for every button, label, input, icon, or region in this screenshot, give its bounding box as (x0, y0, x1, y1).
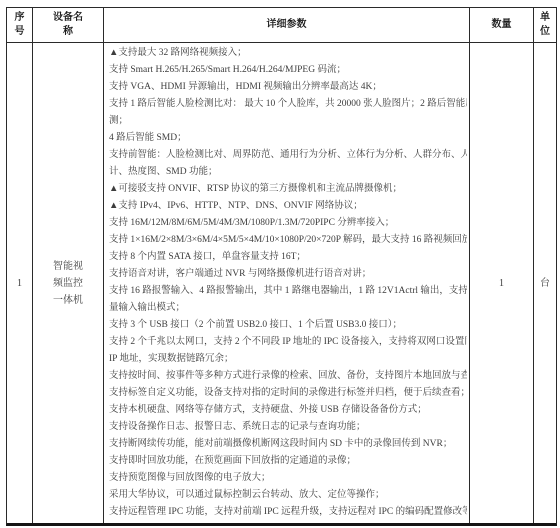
detail-line: IP 地址，实现数据链路冗余； (109, 351, 467, 368)
detail-line: 支持 3 个 USB 接口（2 个前置 USB2.0 接口、1 个后置 USB3… (109, 317, 467, 334)
detail-line: 支持远程管理 IPC 功能，支持对前端 IPC 远程升级，支持远程对 IPC 的… (109, 504, 467, 521)
detail-line: 计、热度图、SMD 功能； (109, 164, 467, 181)
header-seq: 序 号 (7, 8, 33, 43)
detail-line: 4 路后智能 SMD； (109, 130, 467, 147)
detail-line: 支持预览图像与回放图像的电子放大； (109, 470, 467, 487)
row-quantity: 1 (470, 43, 534, 523)
detail-line: 支持即时回放功能，在预览画面下回放指的定通道的录像； (109, 453, 467, 470)
detail-line: 支持设备操作日志、报警日志、系统日志的记录与查询功能； (109, 419, 467, 436)
detail-line: 支持 VGA、HDMI 异源输出，HDMI 视频输出分辨率最高达 4K； (109, 79, 467, 96)
detail-line: 支持前智能：人脸检测比对、周界防范、通用行为分析、立体行为分析、人群分布、人数统 (109, 147, 467, 164)
detail-line: 支持 16 路报警输入、4 路报警输出，其中 1 路继电器输出，1 路 12V1… (109, 283, 467, 300)
detail-line: 支持 1 路后智能人脸检测比对： 最大 10 个人脸库，共 20000 张人脸图… (109, 96, 467, 113)
header-detail-params: 详细参数 (104, 8, 470, 43)
equipment-spec-table: 序 号 设备名 称 详细参数 数量 单 位 1 智能视 频监控 一体机 ▲支持最… (6, 7, 557, 526)
detail-line: 支持 2 个千兆以太网口，支持 2 个不同段 IP 地址的 IPC 设备接入，支… (109, 334, 467, 351)
row-unit: 台 (534, 43, 556, 523)
header-quantity: 数量 (470, 8, 534, 43)
header-unit: 单 位 (534, 8, 556, 43)
row-device-name: 智能视 频监控 一体机 (33, 43, 104, 523)
detail-line: ▲可接驳支持 ONVIF、RTSP 协议的第三方摄像机和主流品牌摄像机； (109, 181, 467, 198)
detail-line: 支持 8 个内置 SATA 接口，单盘容量支持 16T； (109, 249, 467, 266)
detail-line: 支持 Smart H.265/H.265/Smart H.264/H.264/M… (109, 62, 467, 79)
detail-line: 支持标签自定义功能，设备支持对指的定时间的录像进行标签并归档，便于后续查看； (109, 385, 467, 402)
detail-line: 量输入输出模式； (109, 300, 467, 317)
detail-line: 支持 1×16M/2×8M/3×6M/4×5M/5×4M/10×1080P/20… (109, 232, 467, 249)
document-page: 序 号 设备名 称 详细参数 数量 单 位 1 智能视 频监控 一体机 ▲支持最… (0, 0, 560, 528)
detail-line: 支持语音对讲，客户端通过 NVR 与网络摄像机进行语音对讲； (109, 266, 467, 283)
detail-line: 采用大华协议，可以通过鼠标控制云台转动、放大、定位等操作； (109, 487, 467, 504)
detail-line: 支持按时间、按事件等多种方式进行录像的检索、回放、备份，支持图片本地回放与查询； (109, 368, 467, 385)
detail-line: ▲支持 IPv4、IPv6、HTTP、NTP、DNS、ONVIF 网络协议； (109, 198, 467, 215)
detail-line: 支持断网续传功能，能对前端摄像机断网这段时间内 SD 卡中的录像回传到 NVR； (109, 436, 467, 453)
header-device-name: 设备名 称 (33, 8, 104, 43)
row-detail-parameters: ▲支持最大 32 路网络视频接入；支持 Smart H.265/H.265/Sm… (104, 43, 470, 523)
row-seq: 1 (7, 43, 33, 523)
detail-line: ▲支持最大 32 路网络视频接入； (109, 45, 467, 62)
detail-line: 测； (109, 113, 467, 130)
detail-line: 支持 16M/12M/8M/6M/5M/4M/3M/1080P/1.3M/720… (109, 215, 467, 232)
detail-line: 支持本机硬盘、网络等存储方式，支持硬盘、外接 USB 存储设备备份方式； (109, 402, 467, 419)
